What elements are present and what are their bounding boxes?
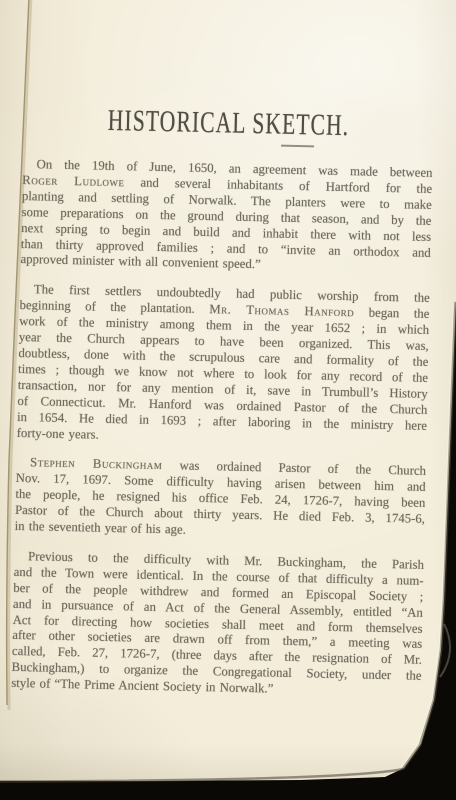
- book-page-paper: HISTORICAL SKETCH. On the 19th of June, …: [0, 0, 456, 800]
- page-text-block: HISTORICAL SKETCH. On the 19th of June, …: [11, 100, 434, 715]
- paragraph: Previous to the difficulty with Mr. Buck…: [11, 549, 424, 701]
- paragraph: Stephen Buckingham was ordained Pastor o…: [15, 455, 427, 543]
- paragraphs-container: On the 19th of June, 1650, an agreement …: [11, 157, 433, 701]
- scanned-book-page: HISTORICAL SKETCH. On the 19th of June, …: [0, 0, 456, 800]
- title-divider: [281, 145, 314, 148]
- page-title: HISTORICAL SKETCH.: [81, 105, 377, 141]
- paragraph: On the 19th of June, 1650, an agreement …: [20, 157, 432, 277]
- paragraph: The first settlers undoubtedly had publi…: [17, 282, 430, 450]
